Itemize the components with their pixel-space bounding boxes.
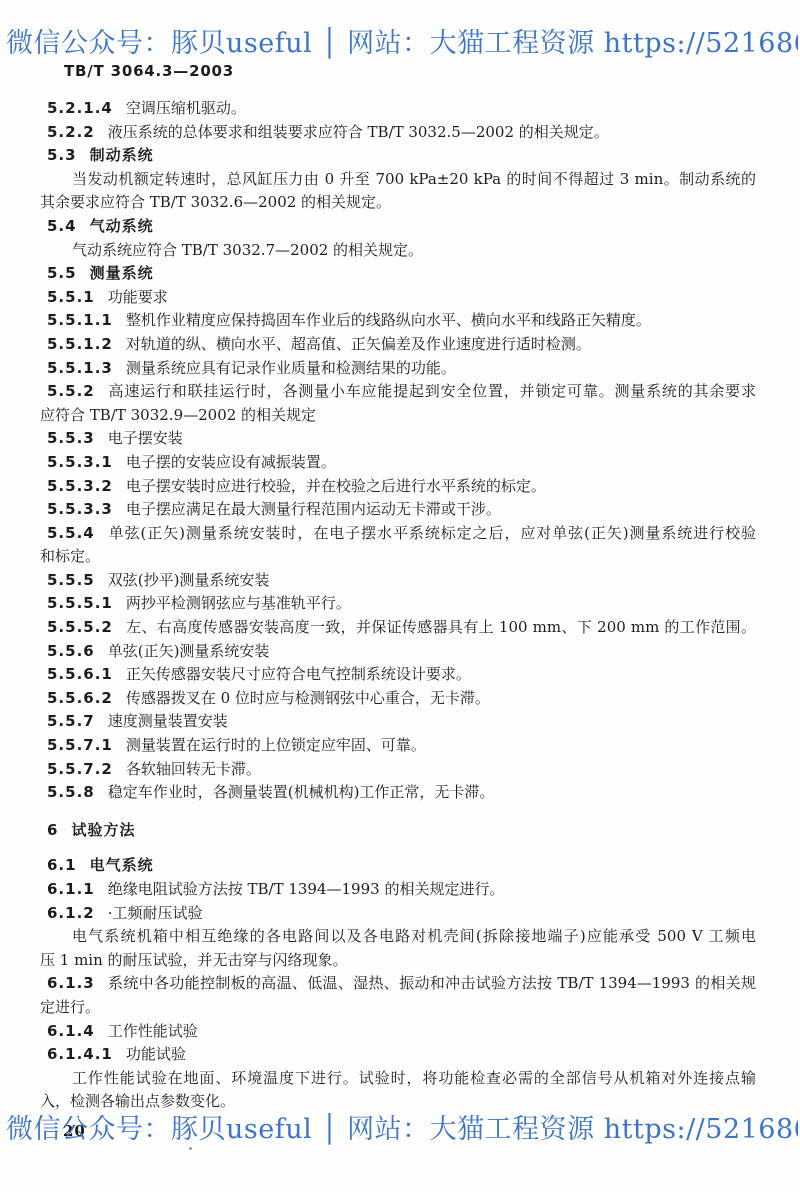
paragraph-line: 应符合 TB/T 3032.9—2002 的相关规定 <box>40 404 756 428</box>
clause-number: 5.5.3.1 <box>40 453 113 471</box>
clause-text: 传感器拨叉在 0 位时应与检测钢弦中心重合，无卡滞。 <box>126 689 490 707</box>
clause-line-5.2.1.4: 5.2.1.4空调压缩机驱动。 <box>40 97 756 121</box>
clause-line-6.1.1: 6.1.1绝缘电阻试验方法按 TB/T 1394—1993 的相关规定进行。 <box>40 878 756 902</box>
clause-line-5.5.1.2: 5.5.1.2对轨道的纵、横向水平、超高值、正矢偏差及作业速度进行适时检测。 <box>40 333 756 357</box>
clause-number: 6.1.1 <box>40 880 95 898</box>
clause-text: 各软轴回转无卡滞。 <box>126 760 261 778</box>
clause-number: 5.5.5 <box>40 571 95 589</box>
clause-line-6.1.2: 6.1.2·工频耐压试验 <box>40 902 756 926</box>
watermark-top: 微信公众号：豚贝useful │ 网站：大猫工程资源 https://52168… <box>6 27 798 61</box>
clause-number: 5.2.1.4 <box>40 99 113 117</box>
clause-text: 电气系统 <box>90 856 154 874</box>
paragraph-line: 当发动机额定转速时，总风缸压力由 0 升至 700 kPa±20 kPa 的时间… <box>40 168 756 192</box>
clause-text: 气动系统 <box>90 217 154 235</box>
clause-number: 5.5.6.2 <box>40 689 113 707</box>
clause-line-5.4: 5.4气动系统 <box>40 215 756 239</box>
paragraph-line: 电气系统机箱中相互绝缘的各电路间以及各电路对机壳间(拆除接地端子)应能承受 50… <box>40 925 756 949</box>
clause-text: 速度测量装置安装 <box>108 712 228 730</box>
clause-number: 5.5.1.3 <box>40 359 113 377</box>
clause-line-5.5.1.3: 5.5.1.3测量系统应具有记录作业质量和检测结果的功能。 <box>40 357 756 381</box>
clause-number: 5.5.1.2 <box>40 335 113 353</box>
clause-line-5.5.3.1: 5.5.3.1电子摆的安装应设有减振装置。 <box>40 451 756 475</box>
paragraph-line: 其余要求应符合 TB/T 3032.6—2002 的相关规定。 <box>40 191 756 215</box>
clause-text: 稳定车作业时，各测量装置(机械机构)工作正常，无卡滞。 <box>108 783 495 801</box>
clause-number: 6.1 <box>40 856 77 874</box>
clause-number: 5.5.1.1 <box>40 311 113 329</box>
paragraph-line: 压 1 min 的耐压试验，并无击穿与闪络现象。 <box>40 949 756 973</box>
clause-text: 测量系统 <box>90 264 154 282</box>
clause-text: 制动系统 <box>90 146 154 164</box>
clause-line-5.5.7.2: 5.5.7.2各软轴回转无卡滞。 <box>40 758 756 782</box>
clause-line-5.5.8: 5.5.8稳定车作业时，各测量装置(机械机构)工作正常，无卡滞。 <box>40 781 756 805</box>
clause-number: 5.5.4 <box>40 524 95 542</box>
clause-number: 5.5.7.1 <box>40 736 113 754</box>
clause-text: 试验方法 <box>71 821 135 839</box>
clause-line-5.5.3: 5.5.3电子摆安装 <box>40 427 756 451</box>
clause-text: 空调压缩机驱动。 <box>126 99 246 117</box>
clause-line-5.5.1: 5.5.1功能要求 <box>40 286 756 310</box>
clause-number: 5.5.3.2 <box>40 477 113 495</box>
clause-line-5.5.7.1: 5.5.7.1测量装置在运行时的上位锁定应牢固、可靠。 <box>40 734 756 758</box>
clause-text: 功能要求 <box>108 288 168 306</box>
clause-number: 6.1.4 <box>40 1022 95 1040</box>
watermark-bottom: 微信公众号：豚贝useful │ 网站：大猫工程资源 https://52168… <box>6 1113 798 1147</box>
clause-line-6.1.3: 6.1.3系统中各功能控制板的高温、低温、湿热、振动和冲击试验方法按 TB/T … <box>40 972 756 996</box>
clause-number: 5.5.6 <box>40 642 95 660</box>
clause-text: 绝缘电阻试验方法按 TB/T 1394—1993 的相关规定进行。 <box>108 880 505 898</box>
clause-line-5.5.1.1: 5.5.1.1整机作业精度应保持捣固车作业后的线路纵向水平、横向水平和线路正矢精… <box>40 309 756 333</box>
clause-number: 6.1.4.1 <box>40 1045 113 1063</box>
clause-text: 高速运行和联挂运行时，各测量小车应能提起到安全位置，并锁定可靠。测量系统的其余要… <box>108 382 756 400</box>
clause-text: 定进行。 <box>40 998 100 1016</box>
paragraph-line: 定进行。 <box>40 996 756 1020</box>
clause-line-6.1.4.1: 6.1.4.1功能试验 <box>40 1043 756 1067</box>
clause-number: 5.5.1 <box>40 288 95 306</box>
clause-number: 5.5.3 <box>40 429 95 447</box>
clause-line-5.5.7: 5.5.7速度测量装置安装 <box>40 710 756 734</box>
clause-text: 左、右高度传感器安装高度一致，并保证传感器具有上 100 mm、下 200 mm… <box>126 618 756 636</box>
clause-text: 液压系统的总体要求和组装要求应符合 TB/T 3032.5—2002 的相关规定… <box>108 123 609 141</box>
clause-text: 工作性能试验 <box>108 1022 198 1040</box>
clause-number: 5.5 <box>40 264 77 282</box>
clause-number: 6 <box>40 821 58 839</box>
clause-text: 当发动机额定转速时，总风缸压力由 0 升至 700 kPa±20 kPa 的时间… <box>72 170 756 188</box>
clause-line-5.5.3.3: 5.5.3.3电子摆应满足在最大测量行程范围内运动无卡滞或干涉。 <box>40 498 756 522</box>
clause-text: 气动系统应符合 TB/T 3032.7—2002 的相关规定。 <box>72 241 423 259</box>
paragraph-line: 工作性能试验在地面、环境温度下进行。试验时，将功能检查必需的全部信号从机箱对外连… <box>40 1067 756 1091</box>
clause-line-5.5.6.1: 5.5.6.1正矢传感器安装尺寸应符合电气控制系统设计要求。 <box>40 663 756 687</box>
clause-line-6.1.4: 6.1.4工作性能试验 <box>40 1020 756 1044</box>
clause-number: 5.5.7 <box>40 712 95 730</box>
clause-text: 系统中各功能控制板的高温、低温、湿热、振动和冲击试验方法按 TB/T 1394—… <box>108 974 756 992</box>
clause-text: 电子摆安装 <box>108 429 183 447</box>
clause-text: 单弦(正矢)测量系统安装 <box>108 642 270 660</box>
clause-text: 压 1 min 的耐压试验，并无击穿与闪络现象。 <box>40 951 348 969</box>
clause-line-5.5.6.2: 5.5.6.2传感器拨叉在 0 位时应与检测钢弦中心重合，无卡滞。 <box>40 687 756 711</box>
clause-text: 工作性能试验在地面、环境温度下进行。试验时，将功能检查必需的全部信号从机箱对外连… <box>72 1069 756 1087</box>
clause-text: 和标定。 <box>40 547 100 565</box>
clause-number: 5.4 <box>40 217 77 235</box>
clause-text: 电子摆安装时应进行校验，并在校验之后进行水平系统的标定。 <box>126 477 546 495</box>
clause-number: 5.5.2 <box>40 382 95 400</box>
clause-text: 测量系统应具有记录作业质量和检测结果的功能。 <box>126 359 456 377</box>
paragraph-line: 入，检测各输出点参数变化。 <box>40 1090 756 1114</box>
doc-number: TB/T 3064.3—2003 <box>64 62 234 80</box>
clause-number: 5.3 <box>40 146 77 164</box>
clause-number: 5.5.3.3 <box>40 500 113 518</box>
paragraph-line: 气动系统应符合 TB/T 3032.7—2002 的相关规定。 <box>40 239 756 263</box>
clause-text: 双弦(抄平)测量系统安装 <box>108 571 270 589</box>
clause-number: 5.5.5.1 <box>40 594 113 612</box>
clause-line-5.5.4: 5.5.4单弦(正矢)测量系统安装时，在电子摆水平系统标定之后，应对单弦(正矢)… <box>40 522 756 546</box>
document-body: 5.2.1.4空调压缩机驱动。5.2.2液压系统的总体要求和组装要求应符合 TB… <box>40 97 756 1114</box>
clause-line-5.5.5.2: 5.5.5.2左、右高度传感器安装高度一致，并保证传感器具有上 100 mm、下… <box>40 616 756 640</box>
clause-number: 5.5.6.1 <box>40 665 113 683</box>
clause-number: 5.5.5.2 <box>40 618 113 636</box>
clause-text: 功能试验 <box>126 1045 186 1063</box>
clause-line-5.5.3.2: 5.5.3.2电子摆安装时应进行校验，并在校验之后进行水平系统的标定。 <box>40 475 756 499</box>
clause-text: 正矢传感器安装尺寸应符合电气控制系统设计要求。 <box>126 665 471 683</box>
clause-line-5.5.2: 5.5.2高速运行和联挂运行时，各测量小车应能提起到安全位置，并锁定可靠。测量系… <box>40 380 756 404</box>
clause-line-6: 6试验方法 <box>40 819 756 843</box>
clause-text: 电气系统机箱中相互绝缘的各电路间以及各电路对机壳间(拆除接地端子)应能承受 50… <box>72 927 756 945</box>
clause-line-5.5: 5.5测量系统 <box>40 262 756 286</box>
clause-number: 5.5.7.2 <box>40 760 113 778</box>
clause-text: 电子摆应满足在最大测量行程范围内运动无卡滞或干涉。 <box>126 500 501 518</box>
clause-text: 单弦(正矢)测量系统安装时，在电子摆水平系统标定之后，应对单弦(正矢)测量系统进… <box>108 524 756 542</box>
clause-line-5.5.6: 5.5.6单弦(正矢)测量系统安装 <box>40 640 756 664</box>
clause-line-5.5.5.1: 5.5.5.1两抄平检测钢弦应与基准轨平行。 <box>40 592 756 616</box>
clause-number: 6.1.3 <box>40 974 95 992</box>
clause-text: 两抄平检测钢弦应与基准轨平行。 <box>126 594 351 612</box>
clause-line-5.2.2: 5.2.2液压系统的总体要求和组装要求应符合 TB/T 3032.5—2002 … <box>40 121 756 145</box>
clause-text: 测量装置在运行时的上位锁定应牢固、可靠。 <box>126 736 426 754</box>
clause-line-5.3: 5.3制动系统 <box>40 144 756 168</box>
clause-number: 5.5.8 <box>40 783 95 801</box>
clause-line-5.5.5: 5.5.5双弦(抄平)测量系统安装 <box>40 569 756 593</box>
clause-text: ·工频耐压试验 <box>108 904 203 922</box>
clause-line-6.1: 6.1电气系统 <box>40 854 756 878</box>
clause-number: 5.2.2 <box>40 123 95 141</box>
clause-text: 入，检测各输出点参数变化。 <box>40 1092 235 1110</box>
clause-text: 电子摆的安装应设有减振装置。 <box>126 453 336 471</box>
clause-text: 整机作业精度应保持捣固车作业后的线路纵向水平、横向水平和线路正矢精度。 <box>126 311 651 329</box>
scan-artifact-dot <box>189 1147 192 1150</box>
clause-text: 其余要求应符合 TB/T 3032.6—2002 的相关规定。 <box>40 193 391 211</box>
clause-text: 应符合 TB/T 3032.9—2002 的相关规定 <box>40 406 316 424</box>
paragraph-line: 和标定。 <box>40 545 756 569</box>
clause-number: 6.1.2 <box>40 904 95 922</box>
document-page: 微信公众号：豚贝useful │ 网站：大猫工程资源 https://52168… <box>0 0 800 1192</box>
clause-text: 对轨道的纵、横向水平、超高值、正矢偏差及作业速度进行适时检测。 <box>126 335 591 353</box>
